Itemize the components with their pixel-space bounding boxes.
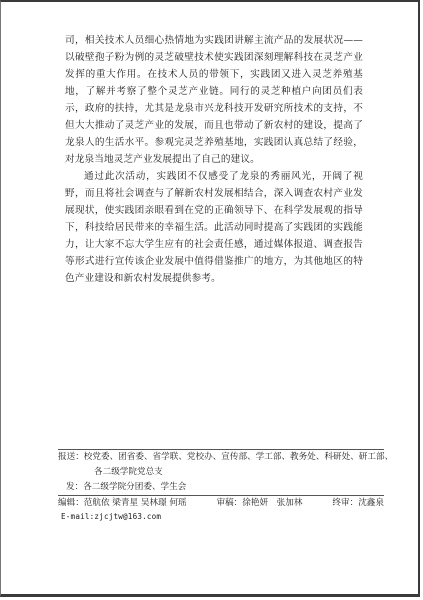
paragraph-2: 通过此次活动，实践团不仅感受了龙泉的秀丽风光，开阔了视野，而且将社会调查与了解新… — [65, 168, 363, 287]
final-review-label: 终审： — [332, 498, 358, 508]
reviewers-names: 徐艳妍 张加林 — [242, 498, 302, 508]
report-to-list: 校党委、团省委、省学联、党校办、宣传部、学工部、教务处、科研处、研工部、 — [84, 452, 393, 462]
contact-email: E-mail:zjcjtw@163.com — [58, 510, 384, 524]
editors-names: 范航依 梁青星 吴林璟 何瑶 — [84, 498, 187, 508]
reviewers: 审稿：徐艳妍 张加林 — [216, 496, 302, 510]
sent-to-label: 发： — [66, 482, 83, 492]
reviewers-label: 审稿： — [216, 498, 242, 508]
sent-to-list: 各二级学院分团委、学生会 — [83, 482, 186, 492]
report-to-label: 报送： — [58, 450, 84, 465]
document-page: 司，相关技术人员细心热情地为实践团讲解主流产品的发展状况——以破壁孢子粉为例的灵… — [0, 0, 420, 597]
credits-row: 编辑：范航依 梁青星 吴林璟 何瑶 审稿：徐艳妍 张加林 终审：沈鑫泉 — [58, 496, 384, 510]
editors-label: 编辑： — [58, 498, 84, 508]
report-to-continuation: 各二级学院党总支 — [58, 465, 384, 480]
distribution-footer: 报送：校党委、团省委、省学联、党校办、宣传部、学工部、教务处、科研处、研工部、 … — [58, 449, 384, 524]
final-reviewer-name: 沈鑫泉 — [358, 498, 384, 508]
report-to-row: 报送：校党委、团省委、省学联、党校办、宣传部、学工部、教务处、科研处、研工部、 — [58, 450, 384, 465]
article-body: 司，相关技术人员细心热情地为实践团讲解主流产品的发展状况——以破壁孢子粉为例的灵… — [65, 32, 363, 287]
paragraph-1: 司，相关技术人员细心热情地为实践团讲解主流产品的发展状况——以破壁孢子粉为例的灵… — [65, 32, 363, 168]
final-review: 终审：沈鑫泉 — [332, 496, 384, 510]
editors: 编辑：范航依 梁青星 吴林璟 何瑶 — [58, 496, 187, 510]
sent-to-row: 发：各二级学院分团委、学生会 — [58, 480, 384, 495]
